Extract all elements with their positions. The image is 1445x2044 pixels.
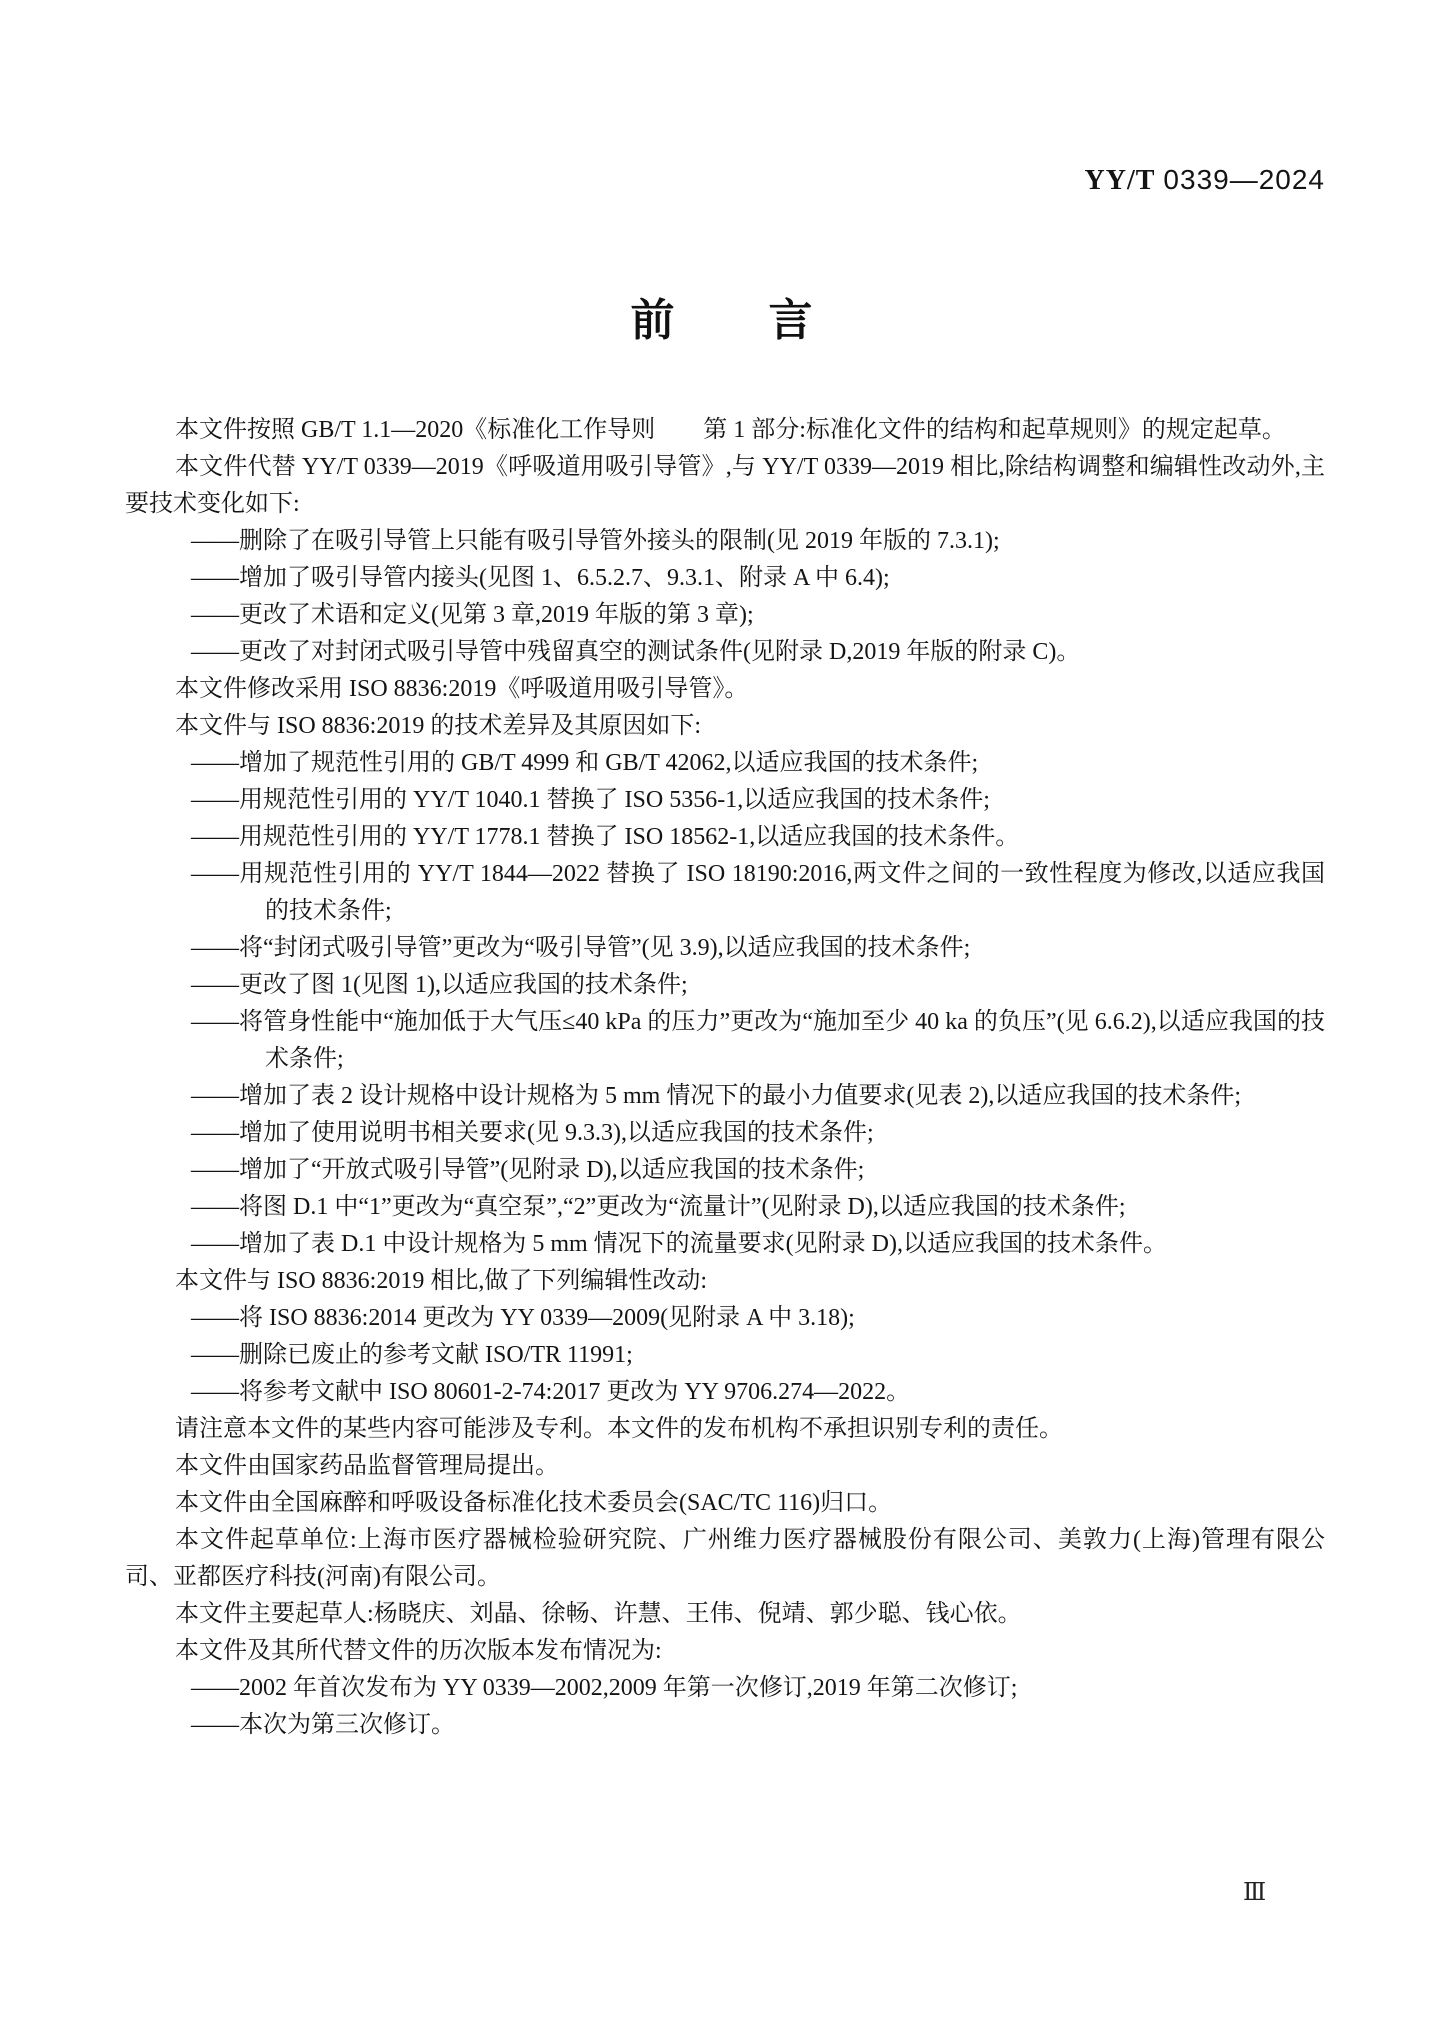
foreword-list-item: ——用规范性引用的 YY/T 1040.1 替换了 ISO 5356-1,以适应…: [125, 782, 1325, 819]
foreword-list-item: ——删除了在吸引导管上只能有吸引导管外接头的限制(见 2019 年版的 7.3.…: [125, 523, 1325, 560]
foreword-list-item: ——增加了使用说明书相关要求(见 9.3.3),以适应我国的技术条件;: [125, 1115, 1325, 1152]
standard-code: YY/T0339—2024: [1085, 164, 1325, 197]
foreword-paragraph: 本文件与 ISO 8836:2019 相比,做了下列编辑性改动:: [125, 1263, 1325, 1300]
foreword-list-item: ——将图 D.1 中“1”更改为“真空泵”,“2”更改为“流量计”(见附录 D)…: [125, 1189, 1325, 1226]
foreword-list-item: ——增加了规范性引用的 GB/T 4999 和 GB/T 42062,以适应我国…: [125, 745, 1325, 782]
foreword-paragraph: 本文件起草单位:上海市医疗器械检验研究院、广州维力医疗器械股份有限公司、美敦力(…: [125, 1522, 1325, 1596]
document-page: YY/T0339—2024 前 言 本文件按照 GB/T 1.1—2020《标准…: [0, 0, 1445, 2044]
foreword-paragraph: 请注意本文件的某些内容可能涉及专利。本文件的发布机构不承担识别专利的责任。: [125, 1411, 1325, 1448]
foreword-list-item: ——2002 年首次发布为 YY 0339—2002,2009 年第一次修订,2…: [125, 1670, 1325, 1707]
foreword-paragraph: 本文件由全国麻醉和呼吸设备标准化技术委员会(SAC/TC 116)归口。: [125, 1485, 1325, 1522]
foreword-paragraph: 本文件代替 YY/T 0339—2019《呼吸道用吸引导管》,与 YY/T 03…: [125, 449, 1325, 523]
foreword-list-item: ——更改了对封闭式吸引导管中残留真空的测试条件(见附录 D,2019 年版的附录…: [125, 634, 1325, 671]
foreword-list-item: ——增加了表 2 设计规格中设计规格为 5 mm 情况下的最小力值要求(见表 2…: [125, 1078, 1325, 1115]
foreword-list-item: ——增加了“开放式吸引导管”(见附录 D),以适应我国的技术条件;: [125, 1152, 1325, 1189]
foreword-paragraph: 本文件由国家药品监督管理局提出。: [125, 1448, 1325, 1485]
foreword-list-item: ——将“封闭式吸引导管”更改为“吸引导管”(见 3.9),以适应我国的技术条件;: [125, 930, 1325, 967]
foreword-paragraph: 本文件按照 GB/T 1.1—2020《标准化工作导则 第 1 部分:标准化文件…: [125, 412, 1325, 449]
page-title: 前 言: [0, 284, 1445, 348]
foreword-list-item: ——用规范性引用的 YY/T 1778.1 替换了 ISO 18562-1,以适…: [125, 819, 1325, 856]
foreword-list-item: ——将管身性能中“施加低于大气压≤40 kPa 的压力”更改为“施加至少 40 …: [125, 1004, 1325, 1078]
foreword-list-item: ——更改了术语和定义(见第 3 章,2019 年版的第 3 章);: [125, 597, 1325, 634]
foreword-list-item: ——增加了表 D.1 中设计规格为 5 mm 情况下的流量要求(见附录 D),以…: [125, 1226, 1325, 1263]
standard-code-prefix: YY/T: [1085, 165, 1156, 196]
foreword-content: 本文件按照 GB/T 1.1—2020《标准化工作导则 第 1 部分:标准化文件…: [125, 412, 1325, 1744]
foreword-list-item: ——删除已废止的参考文献 ISO/TR 11991;: [125, 1337, 1325, 1374]
page-number: Ⅲ: [1243, 1878, 1266, 1907]
foreword-list-item: ——增加了吸引导管内接头(见图 1、6.5.2.7、9.3.1、附录 A 中 6…: [125, 560, 1325, 597]
foreword-list-item: ——将 ISO 8836:2014 更改为 YY 0339—2009(见附录 A…: [125, 1300, 1325, 1337]
foreword-paragraph: 本文件及其所代替文件的历次版本发布情况为:: [125, 1633, 1325, 1670]
foreword-list-item: ——将参考文献中 ISO 80601-2-74:2017 更改为 YY 9706…: [125, 1374, 1325, 1411]
foreword-paragraph: 本文件与 ISO 8836:2019 的技术差异及其原因如下:: [125, 708, 1325, 745]
foreword-list-item: ——用规范性引用的 YY/T 1844—2022 替换了 ISO 18190:2…: [125, 856, 1325, 930]
foreword-list-item: ——更改了图 1(见图 1),以适应我国的技术条件;: [125, 967, 1325, 1004]
foreword-list-item: ——本次为第三次修订。: [125, 1707, 1325, 1744]
standard-code-number: 0339—2024: [1163, 164, 1325, 195]
foreword-paragraph: 本文件主要起草人:杨晓庆、刘晶、徐畅、许慧、王伟、倪靖、郭少聪、钱心依。: [125, 1596, 1325, 1633]
foreword-paragraph: 本文件修改采用 ISO 8836:2019《呼吸道用吸引导管》。: [125, 671, 1325, 708]
